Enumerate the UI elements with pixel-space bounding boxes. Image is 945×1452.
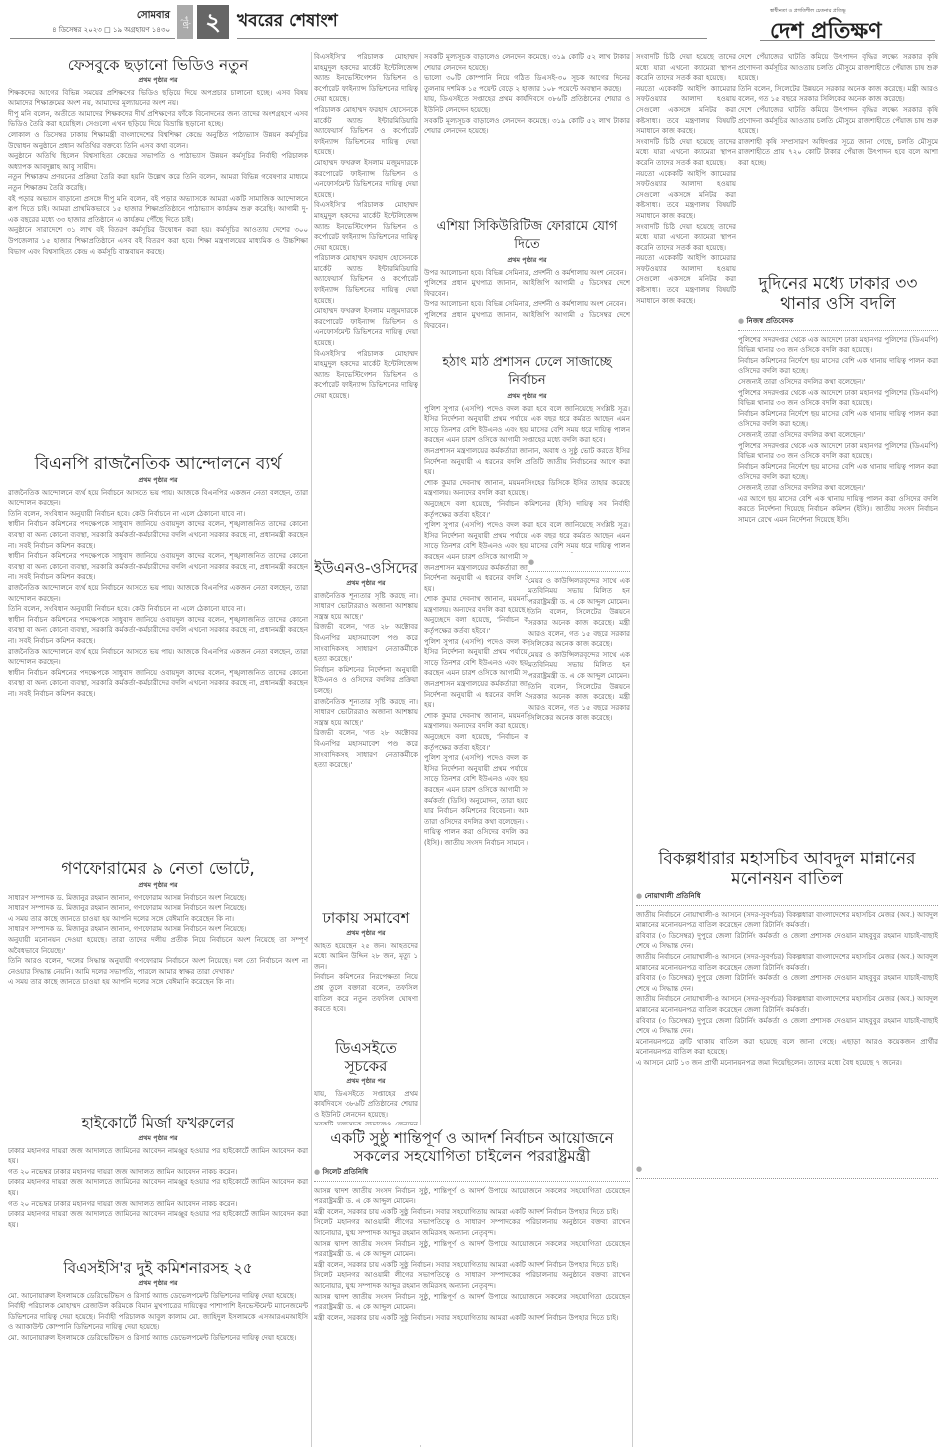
paragraph: তিনি বলেন, সিলেটের উন্নয়নে সরকার অনেক ক… xyxy=(528,682,630,724)
paragraph: মোহাম্মদ ফখরুল ইসলাম মজুমদারকে করপোরেট ফ… xyxy=(314,306,418,348)
paragraph: রাজনৈতিক শূন্যতার সৃষ্টি করছে না। সাধারণ… xyxy=(314,591,418,623)
article-bnp-movement: বিএনপি রাজনৈতিক আন্দোলনে ব্যর্থ প্রথম পৃ… xyxy=(8,450,308,850)
byline: নিজস্ব প্রতিবেদক xyxy=(738,316,938,327)
paragraph: পুলিশের সদরদপ্তর থেকে এক আদেশে ঢাকা মহান… xyxy=(738,441,938,462)
paragraph: বিএসইসি'র পরিচালক মোহাম্মদ মাহমুদুল হকদে… xyxy=(314,349,418,402)
paragraph: যায়, ডিএসইতে সপ্তাহের প্রথম কার্যদিবসে … xyxy=(314,1089,418,1121)
paragraph: স্বাধীন নির্বাচন কমিশনের পদক্ষেপকে সাধুব… xyxy=(8,668,308,700)
continued-label: প্রথম পৃষ্ঠার পর xyxy=(314,928,418,939)
paragraph: রবিবার (৩ ডিসেম্বর) দুপুরে জেলা রিটার্নি… xyxy=(636,1016,938,1037)
headline: দুদিনের মধ্যে ঢাকার ৩৩ থানার ওসি বদলি xyxy=(738,274,938,314)
byline xyxy=(528,557,630,568)
headline: হঠাৎ মাঠ প্রশাসন ঢেলে সাজাচ্ছে নির্বাচন xyxy=(424,354,630,390)
paragraph: নির্বাচন কমিশনের নির্দেশে ছয় মাসের বেশি… xyxy=(738,462,938,483)
paragraph: এ সময় তার কাছে জানতে চাওয়া হয় আপনি দল… xyxy=(8,914,308,925)
article-bsec-officials: বিএসইসি'র পরিচালক মোহাম্মদ মাহমুদুল হকদে… xyxy=(314,52,418,552)
continued-label: প্রথম পৃষ্ঠার পর xyxy=(8,475,308,486)
divider xyxy=(237,38,707,39)
paragraph: তিনি বলেন, সিলেটের উন্নয়নে সরকার অনেক ক… xyxy=(738,84,938,105)
paragraph: স্বাধীন নির্বাচন কমিশনের পদক্ষেপকে সাধুব… xyxy=(8,551,308,583)
paragraph: সিলেট মহানগর আওয়ামী লীগের সভাপতিত্বে ও … xyxy=(314,1270,630,1291)
article-rajshahi-onion: দুদিনের মধ্যে ঢাকার ৩৩ থানার ওসি বদলি নি… xyxy=(738,270,938,840)
article-mirza-fakhrul: হাইকোর্টে মির্জা ফখরুলের প্রথম পৃষ্ঠার প… xyxy=(8,1110,308,1250)
paragraph: এ আসনে মোট ১৩ জন প্রার্থী মনোনয়নপত্র জম… xyxy=(636,1058,938,1069)
brand-logo: দেশ প্রতিক্ষণ xyxy=(770,14,882,51)
headline: বিএসইসি'র দুই কমিশনারসহ ২৫ xyxy=(8,1259,308,1277)
paragraph: অনুষ্ঠানে সারাদেশে ৩১ লাখ বই বিতরণ কর্মস… xyxy=(8,225,308,257)
article-foreign-minister: একটি সুষ্ঠু শান্তিপূর্ণ ও আদর্শ নির্বাচন… xyxy=(314,1125,630,1445)
masthead-day: সোমবার xyxy=(100,8,170,25)
article-mayor: সংবাদটি চিঠি দেয়া হয়েছে তাদের মধ্যে যা… xyxy=(636,52,736,552)
paragraph: তিনি আরও বলেন, 'দলের সিদ্ধান্ত অনুযায়ী … xyxy=(8,956,308,977)
continued-label: প্রথম পৃষ্ঠার পর xyxy=(314,578,418,589)
article-bsec-25: বিএসইসি'র দুই কমিশনারসহ ২৫ প্রথম পৃষ্ঠার… xyxy=(8,1255,308,1445)
masthead-date: ৪ ডিসেম্বর ২০২৩ □ ১৯ অগ্রহায়ণ ১৪৩০ xyxy=(0,24,170,36)
continued-label: প্রথম পৃষ্ঠার পর xyxy=(424,255,630,266)
continued-label: প্রথম পৃষ্ঠার পর xyxy=(424,391,630,402)
headline: হাইকোর্টে মির্জা ফখরুলের xyxy=(8,1114,308,1132)
paragraph: অনুচ্ছেদে বলা হয়েছে, 'নির্বাচন কমিশনের … xyxy=(424,499,630,520)
paragraph: মনোনয়নপত্রে ত্রুটি থাকায় বাতিল করা হয়… xyxy=(636,1037,938,1058)
paragraph: রাজনৈতিক শূন্যতার সৃষ্টি করছে না। সাধারণ… xyxy=(314,697,418,729)
paragraph: জাতীয় নির্বাচনে নোয়াখালী-৪ আসনে (সদর-স… xyxy=(636,952,938,973)
continued-label: প্রথম পৃষ্ঠার পর xyxy=(8,75,308,86)
article-gono-forum: গণফোরামের ৯ নেতা ভোটে, প্রথম পৃষ্ঠার পর … xyxy=(8,855,308,1080)
divider xyxy=(636,905,938,906)
headline: এশিয়া সিকিউরিটিজ ফোরামে যোগ দিতে xyxy=(424,218,630,254)
paragraph: নির্বাহী পরিচালক মোহাম্মদ রেজাউল করিমকে … xyxy=(8,1301,308,1333)
headline: ডিএসইতে সূচকের xyxy=(314,1039,418,1075)
paragraph: অনুষ্ঠানে অতিথি ছিলেন বিশ্বসাহিত্য কেন্দ… xyxy=(8,151,308,172)
section-title: খবরের শেষাংশ xyxy=(237,8,338,36)
paragraph: বিএসইসি'র পরিচালক মোহাম্মদ মাহমুদুল হকদে… xyxy=(314,200,418,253)
article-ip-camera-cont: দেশে পেঁয়াজের ঘাটতি কমিয়ে উৎপাদন বৃদ্ধ… xyxy=(738,52,938,267)
paragraph: রবিবার (৩ ডিসেম্বর) দুপুরে জেলা রিটার্নি… xyxy=(636,931,938,952)
paragraph: পুলিশ সুপার (এসপি) পদেও বদল করা হবে বলে … xyxy=(424,404,630,446)
divider xyxy=(528,571,630,572)
paragraph: রাজনৈতিক আন্দোলনে ব্যর্থ হয়ে নির্বাচনে … xyxy=(8,583,308,604)
headline: বিকল্পধারার মহাসচিব আবদুল মান্নানের মনোন… xyxy=(636,849,938,889)
divider xyxy=(636,1178,938,1179)
paragraph: পুলিশের প্রধান মুখপাত্র জানান, আইজিপি আগ… xyxy=(424,278,630,299)
paragraph: সাধারণ সম্পাদক ড. মিজানুর রহমান জানান, গ… xyxy=(8,893,308,904)
masthead: সোমবার ৪ ডিসেম্বর ২০২৩ □ ১৯ অগ্রহায়ণ ১৪… xyxy=(0,0,945,48)
paragraph: পরিচালক মোহাম্মদ ফরহাদ হোসেনকে মার্কেট অ… xyxy=(314,253,418,306)
paragraph: অনুযায়ী মনোনয়ন দেওয়া হয়েছে। তারা তাদ… xyxy=(8,935,308,956)
byline xyxy=(636,1164,938,1175)
paragraph: রিজভী বলেন, 'গত ২৮ অক্টোবর বিএনপির মহাসম… xyxy=(314,622,418,664)
headline: ইউএনও-ওসিদের xyxy=(314,559,418,577)
paragraph: আসন্ন দ্বাদশ জাতীয় সংসদ নির্বাচন সুষ্ঠু… xyxy=(314,1239,630,1260)
paragraph: মেয়র ও কাউন্সিলরবৃন্দের সাথে এক মতবিনিম… xyxy=(528,576,630,608)
paragraph: সংবাদটি চিঠি দেয়া হয়েছে তাদের মধ্যে যা… xyxy=(636,137,736,169)
continued-label: প্রথম পৃষ্ঠার পর xyxy=(314,1076,418,1087)
paragraph: নির্বাচন কমিশনের নির্দেশে ছয় মাসের বেশি… xyxy=(738,356,938,377)
column-divider xyxy=(311,52,312,1447)
paragraph: রবিবার (৩ ডিসেম্বর) দুপুরে জেলা রিটার্নি… xyxy=(636,973,938,994)
article-asia-security: এশিয়া সিকিউরিটিজ ফোরামে যোগ দিতে প্রথম … xyxy=(424,214,630,346)
divider xyxy=(760,40,935,41)
paragraph: বিএসইসি'র পরিচালক মোহাম্মদ মাহমুদুল হকদে… xyxy=(314,52,418,105)
paragraph: রিজভী বলেন, 'গত ২৮ অক্টোবর বিএনপির মহাসম… xyxy=(314,728,418,770)
paragraph: পরিচালক মোহাম্মদ ফরহাদ হোসেনকে মার্কেট অ… xyxy=(314,105,418,158)
article-uno-oc: ইউএনও-ওসিদের প্রথম পৃষ্ঠার পর রাজনৈতিক শ… xyxy=(314,555,418,900)
paragraph: বই পড়ার অভ্যাস বাড়ানো প্রসঙ্গে দীপু মন… xyxy=(8,194,308,226)
divider xyxy=(738,330,938,331)
paragraph: দেশে পেঁয়াজের ঘাটতি কমিয়ে উৎপাদন বৃদ্ধ… xyxy=(738,105,938,137)
byline: সিলেট প্রতিনিধি xyxy=(314,1167,630,1178)
divider xyxy=(10,38,175,39)
paragraph: সেজন্যই তারা ওসিদের বদলির কথা বলেছেন।' xyxy=(738,483,938,494)
paragraph: উপর আলোচনা হবে। বিভিন্ন সেমিনার, প্রদর্শ… xyxy=(424,268,630,279)
paragraph: নির্বাচন কমিশনের নিরপেক্ষতা নিয়ে প্রশ্ন… xyxy=(314,972,418,1014)
paragraph: স্বাধীন নির্বাচন কমিশনের পদক্ষেপকে সাধুব… xyxy=(8,519,308,551)
paragraph: সাধারণ সম্পাদক ড. মিজানুর রহমান জানান, গ… xyxy=(8,903,308,914)
headline: গণফোরামের ৯ নেতা ভোটে, xyxy=(8,859,308,879)
paragraph: নির্বাচন কমিশনের নির্দেশনা অনুযায়ী ইউএন… xyxy=(314,665,418,697)
paragraph: জনপ্রশাসন মন্ত্রণালয়ের কর্মকর্তারা জানা… xyxy=(424,446,630,478)
page-number: ২ xyxy=(197,5,229,39)
paragraph: তিনি বলেন, সিলেটের উন্নয়নে সরকার অনেক ক… xyxy=(528,607,630,649)
paragraph: স্বাধীন নির্বাচন কমিশনের পদক্ষেপকে সাধুব… xyxy=(8,615,308,647)
paragraph: নয়তো একেকটি আইপি ক্যামেরার সফটওয়্যার আ… xyxy=(636,253,736,306)
paragraph: সংবাদটি চিঠি দেয়া হয়েছে তাদের মধ্যে যা… xyxy=(636,52,736,84)
paragraph: তিনি বলেন, সংবিধান অনুযায়ী নির্বাচন হবে… xyxy=(8,604,308,615)
paragraph: সংবাদটি চিঠি দেয়া হয়েছে তাদের মধ্যে যা… xyxy=(636,222,736,254)
paragraph: সবকটি মূল্যসূচক বাড়ালেও লেনদেন কমেছে। ৩… xyxy=(424,52,630,73)
paragraph: সাধারণ সম্পাদক ড. মিজানুর রহমান জানান, গ… xyxy=(8,924,308,935)
divider xyxy=(314,1181,630,1182)
paragraph: শোক কুমার দেবনাথ জানান, ময়মনসিংহের ডিসি… xyxy=(424,478,630,499)
paragraph: জাতীয় নির্বাচনে নোয়াখালী-৪ আসনে (সদর-স… xyxy=(636,910,938,931)
paragraph: পুলিশের সদরদপ্তর থেকে এক আদেশে ঢাকা মহান… xyxy=(738,335,938,356)
paragraph: নতুন শিক্ষাক্রম প্রণয়নের প্রক্রিয়া তৈর… xyxy=(8,172,308,193)
paragraph: লোকাল ও ডিসেম্বর ঢাকায় শিক্ষামন্ত্রী বা… xyxy=(8,130,308,151)
continued-label: প্রথম পৃষ্ঠার পর xyxy=(8,880,308,891)
paragraph: রাজনৈতিক আন্দোলনে ব্যর্থ হয়ে নির্বাচনে … xyxy=(8,488,308,509)
paragraph: নির্বাচন কমিশনের নির্দেশে ছয় মাসের বেশি… xyxy=(738,409,938,430)
paragraph: নয়তো একেকটি আইপি ক্যামেরার সফটওয়্যার আ… xyxy=(636,84,736,137)
byline: নোয়াখালী প্রতিনিধি xyxy=(636,891,938,902)
headline: ঢাকায় সমাবেশ xyxy=(314,909,418,927)
paragraph: সবকটি মূল্যসূচক বাড়ালেও লেনদেন কমেছে। ৩… xyxy=(424,116,630,137)
paragraph: যায়, ডিএসইতে সপ্তাহের প্রথম কার্যদিবসে … xyxy=(424,94,630,115)
paragraph: উপর আলোচনা হবে। বিভিন্ন সেমিনার, প্রদর্শ… xyxy=(424,299,630,310)
article-dhaka-oc-transfer: বিকল্পধারার মহাসচিব আবদুল মান্নানের মনোন… xyxy=(636,845,938,1155)
headline: বিএনপি রাজনৈতিক আন্দোলনে ব্যর্থ xyxy=(8,454,308,474)
paragraph: এ সময় তার কাছে জানতে চাওয়া হয় আপনি দল… xyxy=(8,977,308,988)
paragraph: মন্ত্রী বলেন, সরকার চায় একটি সুষ্ঠু নির… xyxy=(314,1207,630,1218)
paragraph: ঢাকার মহানগর দায়রা জজ আদালতে জামিনের আব… xyxy=(8,1146,308,1167)
paragraph: নয়তো একেকটি আইপি ক্যামেরার সফটওয়্যার আ… xyxy=(636,169,736,222)
paragraph: আসন্ন দ্বাদশ জাতীয় সংসদ নির্বাচন সুষ্ঠু… xyxy=(314,1292,630,1313)
paragraph: দেশে পেঁয়াজের ঘাটতি কমিয়ে উৎপাদন বৃদ্ধ… xyxy=(738,52,938,84)
article-facebook-video: ফেসবুকে ছড়ানো ভিডিও নতুন প্রথম পৃষ্ঠার … xyxy=(8,52,308,447)
continued-label: প্রথম পৃষ্ঠার পর xyxy=(8,1278,308,1289)
paragraph: শিক্ষকদের আগের বিভিন্ন সময়ের প্রশিক্ষণে… xyxy=(8,88,308,109)
article-dhaka-rally: ঢাকায় সমাবেশ প্রথম পৃষ্ঠার পর আহত হয়েছ… xyxy=(314,905,418,1030)
column-divider xyxy=(632,52,633,1447)
paragraph: ঢাকার মহানগর দায়রা জজ আদালতে জামিনের আব… xyxy=(8,1177,308,1198)
paragraph: মো. আনোয়ারুল ইসলামকে ডেরিভেটিভস ও রিসার… xyxy=(8,1333,308,1344)
paragraph: গত ২০ নভেম্বর ঢাকার মহানগর দায়রা জজ আদা… xyxy=(8,1167,308,1178)
paragraph: ঢাকার মহানগর দায়রা জজ আদালতে জামিনের আব… xyxy=(8,1209,308,1230)
article-stock-cont: সবকটি মূল্যসূচক বাড়ালেও লেনদেন কমেছে। ৩… xyxy=(424,52,630,212)
continued-label: প্রথম পৃষ্ঠার পর xyxy=(8,1133,308,1144)
paragraph: জাতীয় নির্বাচনে নোয়াখালী-৪ আসনে (সদর-স… xyxy=(636,994,938,1015)
paragraph: রাজনৈতিক আন্দোলনে ব্যর্থ হয়ে নির্বাচনে … xyxy=(8,647,308,668)
page-tag: পৃষ্ঠা xyxy=(177,5,193,39)
paragraph: সিলেট মহানগর আওয়ামী লীগের সভাপতিত্বে ও … xyxy=(314,1217,630,1238)
paragraph: দীপু মনি বলেন, অতীতে আমাদের শিক্ষকদের দী… xyxy=(8,109,308,130)
headline: একটি সুষ্ঠু শান্তিপূর্ণ ও আদর্শ নির্বাচন… xyxy=(314,1129,630,1165)
paragraph: রাজশাহী কৃষি সম্প্রসারণ অধিদপ্তর সূত্রে … xyxy=(738,137,938,169)
paragraph: পুলিশের সদরদপ্তর থেকে এক আদেশে ঢাকা মহান… xyxy=(738,388,938,409)
paragraph: গত ২০ নভেম্বর ঢাকার মহানগর দায়রা জজ আদা… xyxy=(8,1199,308,1210)
article-abdul-mannan xyxy=(636,1160,938,1445)
paragraph: মোহাম্মদ ফখরুল ইসলাম মজুমদারকে করপোরেট ফ… xyxy=(314,158,418,200)
paragraph: আসন্ন দ্বাদশ জাতীয় সংসদ নির্বাচন সুষ্ঠু… xyxy=(314,1186,630,1207)
paragraph: ভালো ৩০টি কোম্পানি নিয়ে গঠিত ডিএসই-৩০ স… xyxy=(424,73,630,94)
paragraph: মেয়র ও কাউন্সিলরবৃন্দের সাথে এক মতবিনিম… xyxy=(528,650,630,682)
paragraph: এর আগে ছয় মাসের বেশি এক থানায় দায়িত্ব… xyxy=(738,494,938,526)
paragraph: মন্ত্রী বলেন, সরকার চায় একটি সুষ্ঠু নির… xyxy=(314,1260,630,1271)
headline: ফেসবুকে ছড়ানো ভিডিও নতুন xyxy=(8,56,308,74)
article-chittagong-factories: মেয়র ও কাউন্সিলরবৃন্দের সাথে এক মতবিনিম… xyxy=(528,553,630,1113)
paragraph: তিনি বলেন, সংবিধান অনুযায়ী নির্বাচন হবে… xyxy=(8,509,308,520)
paragraph: মন্ত্রী বলেন, সরকার চায় একটি সুষ্ঠু নির… xyxy=(314,1313,630,1324)
paragraph: মো. আনোয়ারুল ইসলামকে ডেরিভেটিভস ও রিসার… xyxy=(8,1291,308,1302)
paragraph: সেজন্যই তারা ওসিদের বদলির কথা বলেছেন।' xyxy=(738,377,938,388)
paragraph: পুলিশের প্রধান মুখপাত্র জানান, আইজিপি আগ… xyxy=(424,310,630,331)
paragraph: আহত হয়েছেন ২৫ জন। আহতদের মধ্যে আমিন উদ্… xyxy=(314,941,418,973)
paragraph: সেজন্যই তারা ওসিদের বদলির কথা বলেছেন।' xyxy=(738,430,938,441)
